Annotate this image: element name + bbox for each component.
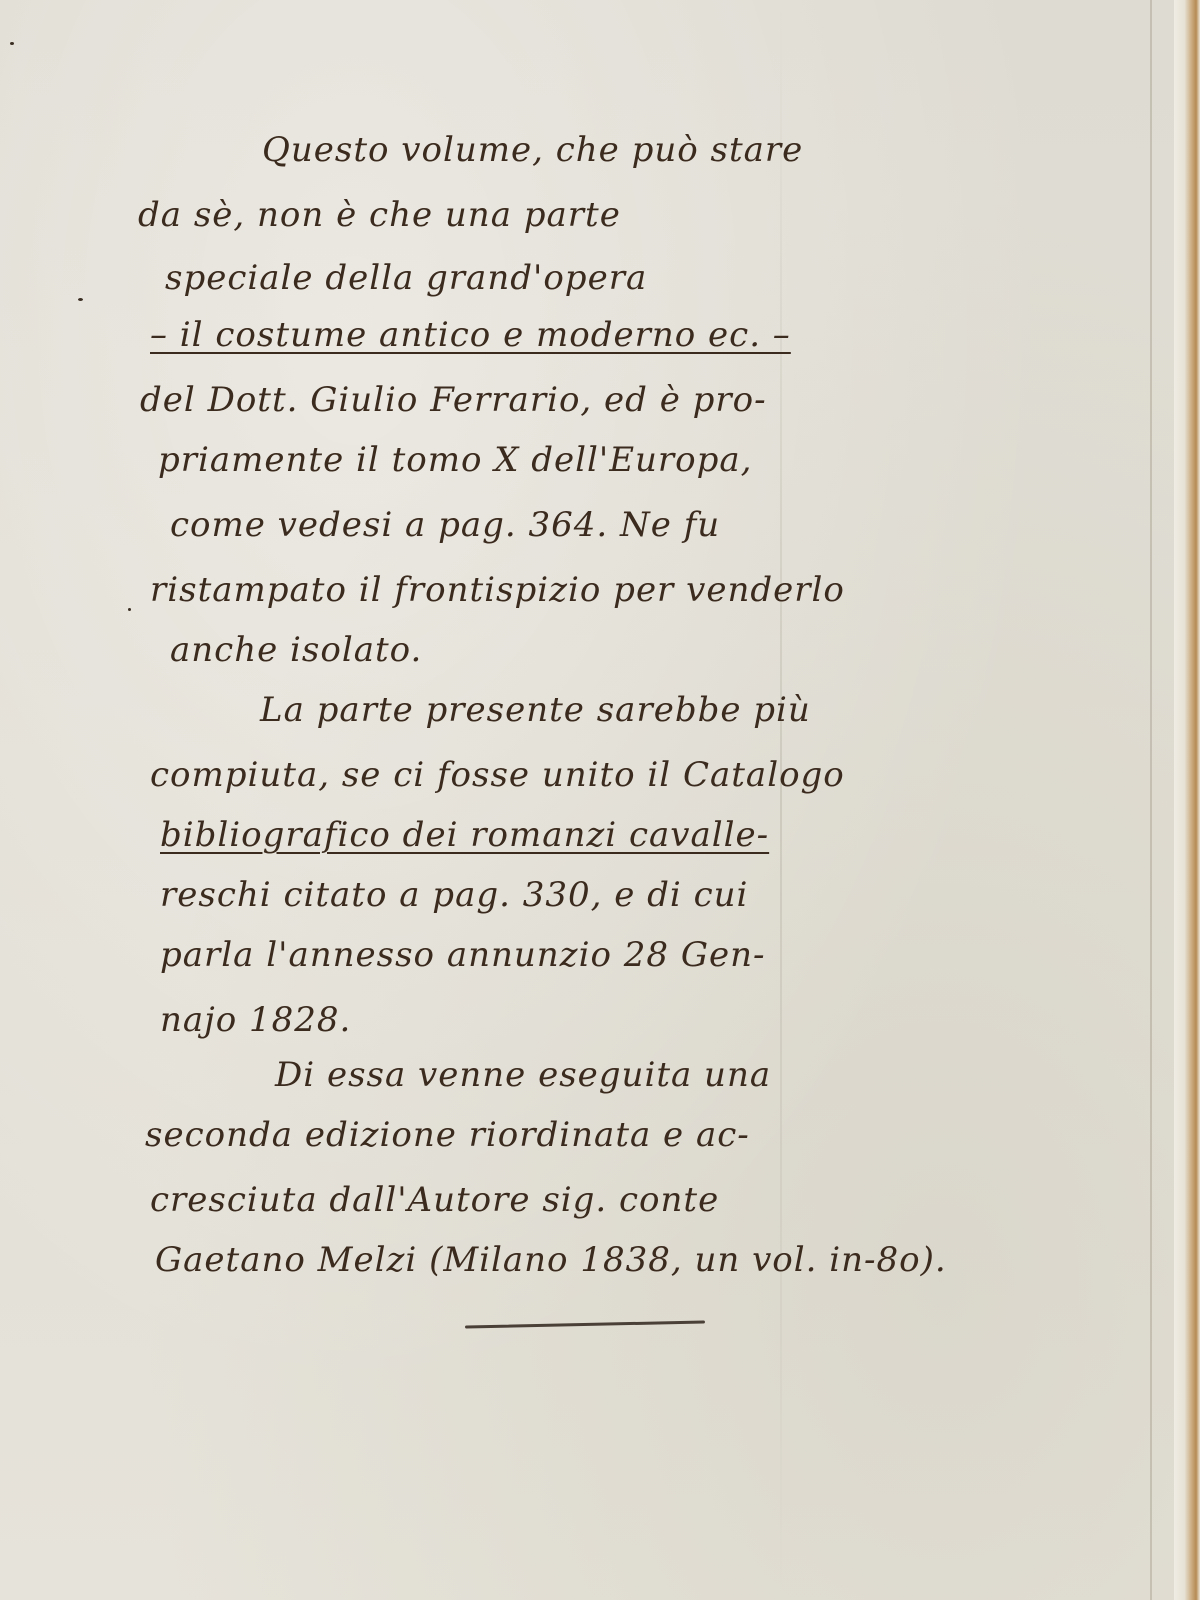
text-line: Questo volume, che può stare [262, 130, 803, 170]
text-line: seconda edizione riordinata e ac- [145, 1115, 750, 1155]
text-line: najo 1828. [160, 1000, 351, 1040]
text-line: speciale della grand'opera [165, 258, 647, 298]
text-line: bibliografico dei romanzi cavalle- [160, 815, 769, 855]
text-line: anche isolato. [170, 630, 422, 670]
text-line: del Dott. Giulio Ferrario, ed è pro- [140, 380, 767, 420]
text-line: da sè, non è che una parte [138, 195, 621, 235]
text-line: Di essa venne eseguita una [275, 1055, 771, 1095]
text-line: reschi citato a pag. 330, e di cui [160, 875, 748, 915]
text-line: parla l'annesso annunzio 28 Gen- [160, 935, 765, 975]
text-line: La parte presente sarebbe più [260, 690, 811, 730]
text-line: priamente il tomo X dell'Europa, [158, 440, 753, 480]
manuscript-text: Questo volume, che può stare da sè, non … [0, 0, 1200, 1600]
text-line: ristampato il frontispizio per venderlo [150, 570, 845, 610]
text-line: compiuta, se ci fosse unito il Catalogo [150, 755, 845, 795]
text-line: come vedesi a pag. 364. Ne fu [170, 505, 720, 545]
text-line: cresciuta dall'Autore sig. conte [150, 1180, 719, 1220]
text-line: – il costume antico e moderno ec. – [150, 315, 791, 355]
text-line: Gaetano Melzi (Milano 1838, un vol. in-8… [155, 1240, 947, 1280]
